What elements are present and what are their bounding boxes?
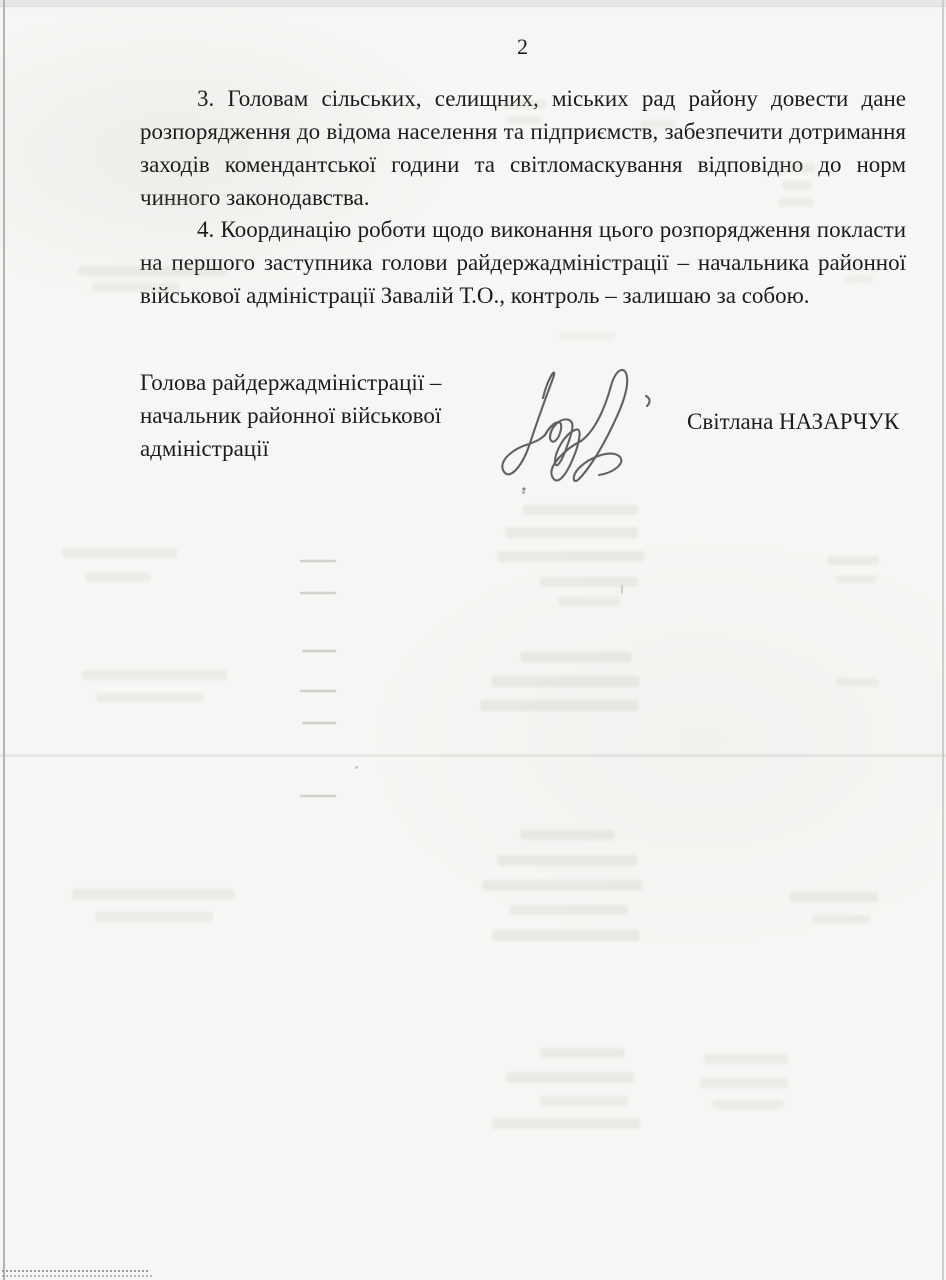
bleed-through-text	[78, 266, 226, 276]
bleed-through-dash	[300, 560, 336, 562]
bleed-through-dash	[302, 650, 336, 652]
bleed-through-text	[827, 556, 879, 565]
bleed-through-text	[558, 597, 620, 606]
scan-speck	[522, 491, 525, 494]
bleed-through-text	[700, 1078, 788, 1088]
bleed-through-text	[492, 676, 640, 687]
bleed-through-dash	[300, 690, 336, 692]
bleed-through-text	[836, 575, 876, 583]
bleed-through-text	[790, 892, 878, 902]
paragraph-4: 4. Координацію роботи щодо виконання цьо…	[140, 213, 906, 312]
bleed-through-text	[497, 855, 637, 866]
bleed-through-text	[480, 700, 638, 711]
bleed-through-text	[492, 930, 640, 941]
bleed-through-text	[92, 283, 180, 292]
signatory-title: Голова райдержадміністрації – начальник …	[140, 366, 500, 465]
bleed-through-text	[510, 905, 628, 915]
bleed-through-text	[482, 880, 642, 891]
bleed-through-text	[505, 527, 638, 538]
bleed-through-text	[506, 116, 542, 124]
bleed-through-text	[560, 332, 615, 341]
bleed-through-text	[82, 670, 227, 680]
signatory-title-line-2: начальник районної військової	[140, 399, 500, 432]
scanned-document-page: 2 3. Головам сільських, селищних, міськи…	[0, 0, 946, 1280]
page-number: 2	[140, 34, 906, 60]
scan-speck	[355, 766, 358, 769]
signer-name: Світлана НАЗАРЧУК	[687, 409, 899, 435]
bleed-through-text	[775, 163, 815, 172]
bleed-through-text	[540, 1048, 625, 1058]
bleed-through-dash	[302, 722, 336, 724]
bleed-through-text	[72, 889, 235, 900]
bleed-through-text	[712, 1100, 784, 1109]
scan-edge-right	[942, 0, 944, 1280]
scan-speck	[621, 585, 623, 594]
scan-dotted-line	[2, 1275, 152, 1277]
bleed-through-text	[492, 1118, 640, 1129]
bleed-through-text	[160, 197, 206, 206]
bleed-through-text	[520, 652, 632, 662]
bleed-through-text	[640, 120, 676, 128]
bleed-through-text	[845, 275, 873, 283]
bleed-through-text	[502, 100, 546, 109]
bleed-through-text	[62, 548, 177, 558]
scan-edge-top-line	[0, 6, 946, 7]
scan-dotted-line	[2, 1270, 148, 1272]
bleed-through-text	[540, 1096, 628, 1106]
bleed-through-text	[778, 198, 814, 206]
scan-edge-left	[3, 0, 5, 1280]
bleed-through-text	[95, 912, 213, 922]
bleed-through-text	[540, 577, 638, 587]
bleed-through-dash	[300, 592, 336, 594]
bleed-through-text	[85, 572, 151, 581]
bleed-through-text	[812, 915, 870, 924]
bleed-through-text	[704, 1054, 788, 1064]
bleed-through-text	[523, 505, 638, 515]
bleed-through-text	[96, 693, 204, 702]
bleed-through-text	[520, 830, 615, 840]
bleed-through-text	[782, 181, 812, 189]
bleed-through-dash	[300, 795, 336, 797]
scan-streak	[0, 754, 946, 757]
bleed-through-text	[497, 551, 644, 562]
handwritten-signature-icon	[488, 356, 668, 496]
bleed-through-text	[506, 1072, 634, 1083]
signatory-title-line-3: адміністрації	[140, 432, 500, 465]
bleed-through-text	[836, 678, 878, 686]
signatory-title-line-1: Голова райдержадміністрації –	[140, 366, 500, 399]
